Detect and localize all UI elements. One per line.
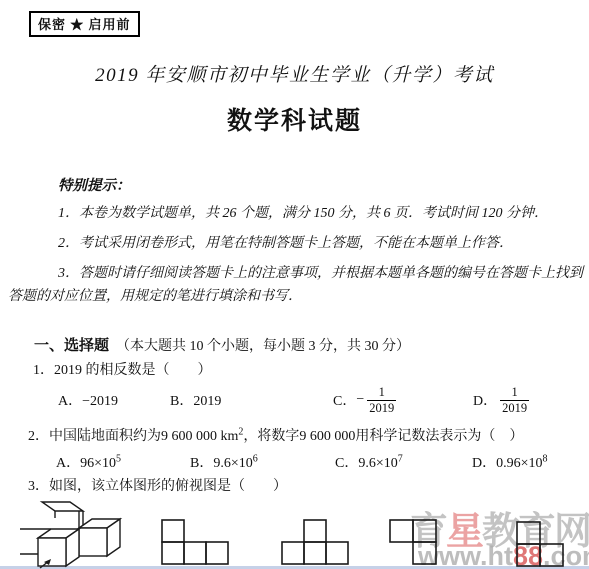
q1-option-c-fraction: 12019 [367,385,396,416]
q1-option-a: A．−2019 [58,390,118,410]
q2-option-a-label: A． [56,456,80,471]
q1-option-d: D．12019 [473,382,529,418]
notice-block: 1．本卷为数学试题单，共 26 个题，满分 150 分，共 6 页．考试时间 1… [8,202,586,315]
q2-option-d-label: D． [472,456,496,471]
q2-option-c: C．9.6×107 [335,452,403,472]
q1-option-c: C．−12019 [333,382,396,418]
q2-option-c-exp: 7 [398,453,403,464]
q1-option-c-label: C． [333,390,356,410]
view-option-figure-a [161,519,230,566]
q2-option-c-label: C． [335,456,358,471]
paper-title: 数学科试题 [0,101,589,137]
q1-option-d-fraction: 12019 [500,385,529,416]
question-1-stem: 1．2019 的相反数是（ ） [33,359,212,379]
s-shape-icon [389,519,438,566]
view-option-figure-c [389,519,438,566]
view-option-figure-d [516,521,565,567]
solid-figure [18,498,133,569]
q1-option-a-value: −2019 [82,394,118,409]
q2-option-d-exp: 8 [543,453,548,464]
secrecy-stamp: 保密 ★ 启用前 [29,11,140,37]
exam-title: 2019 年安顺市初中毕业生学业（升学）考试 [0,60,589,87]
q1-option-d-label: D． [473,390,497,410]
q2-option-a: A．96×105 [56,452,121,472]
exam-paper-page: 保密 ★ 启用前 2019 年安顺市初中毕业生学业（升学）考试 数学科试题 特别… [0,0,589,569]
section-heading-title: 一、选择题 [34,338,109,354]
q1-option-b-value: 2019 [193,394,221,409]
question-3-stem: 3．如图，该立体图形的俯视图是（ ） [28,475,287,495]
q2-option-b-label: B． [190,456,213,471]
corner-shape-icon [516,521,565,567]
isometric-cubes-icon [18,498,133,569]
q2-stem-post: ，将数字9 600 000用科学记数法表示为（ ） [243,429,523,444]
q1-option-b-label: B． [170,394,193,409]
q1-option-b: B．2019 [170,390,221,410]
l-shape-icon [161,519,230,566]
q2-option-a-value: 96×10 [80,456,116,471]
question-2-stem: 2．中国陆地面积约为9 600 000 km2，将数字9 600 000用科学记… [28,425,523,445]
q1-option-c-sign: − [356,392,364,408]
q2-option-b: B．9.6×106 [190,452,258,472]
q2-option-b-value: 9.6×10 [213,456,252,471]
q2-option-d: D．0.96×108 [472,452,548,472]
notice-item-1: 1．本卷为数学试题单，共 26 个题，满分 150 分，共 6 页．考试时间 1… [8,202,586,225]
q2-stem-pre: 2．中国陆地面积约为9 600 000 km [28,429,238,444]
question-1-options: A．−2019 B．2019 C．−12019 D．12019 [0,382,589,418]
notice-item-2: 2．考试采用闭卷形式，用笔在特制答题卡上答题，不能在本题单上作答． [8,232,586,255]
secrecy-label: 保密 ★ 启用前 [38,17,131,32]
view-option-figure-b [281,519,350,566]
notice-item-3: 3．答题时请仔细阅读答题卡上的注意事项，并根据本题单各题的编号在答题卡上找到答题… [8,262,586,308]
q1-option-a-label: A． [58,394,82,409]
q2-option-c-value: 9.6×10 [358,456,397,471]
q2-option-d-value: 0.96×10 [496,456,542,471]
q2-option-a-exp: 5 [116,453,121,464]
question-2-options: A．96×105 B．9.6×106 C．9.6×107 D．0.96×108 [0,446,589,470]
section-heading: 一、选择题 （本大题共 10 个小题，每小题 3 分，共 30 分） [34,334,410,355]
t-shape-icon [281,519,350,566]
notice-heading: 特别提示： [58,174,131,195]
section-heading-detail: （本大题共 10 个小题，每小题 3 分，共 30 分） [109,339,410,354]
q2-option-b-exp: 6 [253,453,258,464]
